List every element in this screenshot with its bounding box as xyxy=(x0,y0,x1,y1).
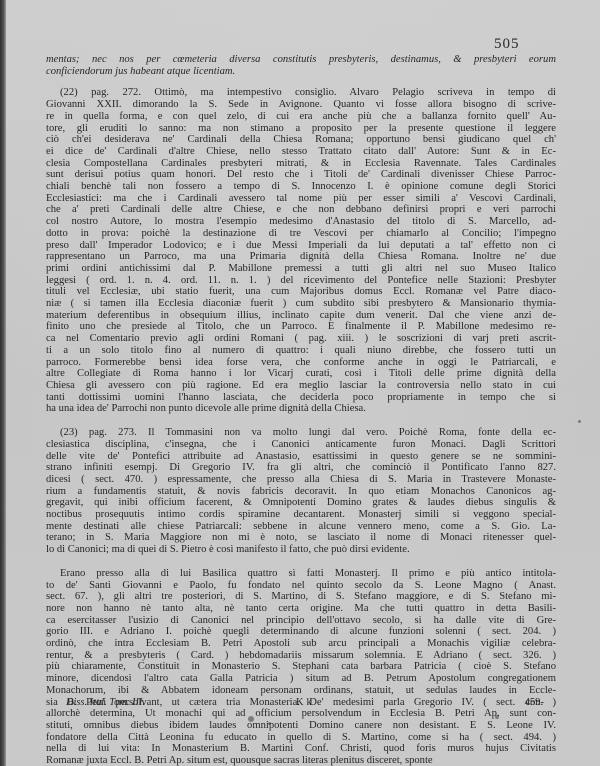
paragraph-monasteries: Erano presso alla di lui Basilica quattr… xyxy=(46,568,556,766)
text-line: Erano presso alla di lui Basilica quattr… xyxy=(46,568,556,580)
text-line: rium a fundamentis statuit, & novis fabr… xyxy=(46,486,556,498)
text-line: noctibus prosequutis intimo cordis spira… xyxy=(46,509,556,521)
text-line: delle vite de' Pontefici attribuite ad A… xyxy=(46,451,556,463)
text-line: ca esercitasser l'usizio di Canonici nel… xyxy=(46,615,556,627)
text-line: Ecclesiastici: ma che i Cardinali avesse… xyxy=(46,193,556,205)
text-line: clesiastica disciplina, c'insegna, che i… xyxy=(46,439,556,451)
text-line: stituti, omnibus diebus ibidem laudes om… xyxy=(46,720,556,732)
text-line: gregavit, qui inibi officium facerent, &… xyxy=(46,497,556,509)
text-line: nore non hanno nè tanto alta, nè tanto c… xyxy=(46,603,556,615)
text-line: mente destinati alle chiese Patriarcali:… xyxy=(46,521,556,533)
text-line: lo di Canonici; ma di quei di S. Pietro … xyxy=(46,544,556,556)
text-line: to de' Santi Giovanni e Paolo, fu fondat… xyxy=(46,580,556,592)
text-line: strano infiniti esempj. Di Gregorio IV. … xyxy=(46,462,556,474)
catchword: con- xyxy=(526,697,544,708)
text-line: sunt derisui potius quam honori. Del res… xyxy=(46,169,556,181)
text-line: primi ordini antichissimi dal P. Mabillo… xyxy=(46,263,556,275)
text-line: gorio III. e Adriano I. poichè quegli de… xyxy=(46,626,556,638)
text-line: fondatore della Città Leonina fu educato… xyxy=(46,732,556,744)
gathering-signature: Kk xyxy=(296,697,315,708)
text-line: re in quella forma, e con quel zelo, di … xyxy=(46,111,556,123)
text-line: nella di lui vita: In Monasterium B. Mar… xyxy=(46,743,556,755)
text-line: materium deferentibus in obsequium illiu… xyxy=(46,310,556,322)
volume-signature: Diss. Ital. Tom. III. xyxy=(66,697,145,708)
text-line: ei dice de' Cardinali d'altre Chiese, ne… xyxy=(46,146,556,158)
text-line: (22) pag. 272. Ottimò, ma intempestivo c… xyxy=(46,87,556,99)
text-line: conficiendorum jus habeant atque licenti… xyxy=(46,66,556,78)
page-footer: Diss. Ital. Tom. III. Kk con- xyxy=(46,697,556,711)
text-line: Romanæ juxta Eccl. B. Petri Ap. situm es… xyxy=(46,755,556,766)
text-line: dotto in prova: poichè la destinazione d… xyxy=(46,228,556,240)
text-line: tore, gli eruditi lo sanno: ma non stima… xyxy=(46,123,556,135)
text-line: preso dall' Imperador Lodovico; e i due … xyxy=(46,240,556,252)
footnote-22: (22) pag. 272. Ottimò, ma intempestivo c… xyxy=(46,87,556,415)
text-line: rappresentano un Parroco, ma una Primari… xyxy=(46,251,556,263)
text-line: tanti dottissimi uomini l'hanno lasciata… xyxy=(46,392,556,404)
text-line: minore, dicendosi l'altro cata Galla Pat… xyxy=(46,673,556,685)
text-line: chiali benchè tali non fossero a tempo d… xyxy=(46,181,556,193)
footnote-23: (23) pag. 273. Il Tommasini non va molto… xyxy=(46,427,556,556)
text-line: clesia Compostellana Cardinales presbyte… xyxy=(46,158,556,170)
text-line: Chiesa gli avessero con più ragione. Ed … xyxy=(46,380,556,392)
page-body: mentas; nec nos per cœmeteria diversa co… xyxy=(46,54,556,766)
text-line: Giovanni XXII. dimorando la S. Sede in A… xyxy=(46,99,556,111)
page-number: 505 xyxy=(494,36,520,53)
text-line: finito uno che presiede al Titolo, che u… xyxy=(46,321,556,333)
text-line: più chiaramente, Constituit in Monasteri… xyxy=(46,661,556,673)
text-line: ca nel Comentario previo agli ordini Rom… xyxy=(46,333,556,345)
text-line: ha una idea de' Parrochi non punto dicev… xyxy=(46,403,556,415)
continuation-paragraph: mentas; nec nos per cœmeteria diversa co… xyxy=(46,54,556,77)
text-line: sect. 67. ), gli altri tre posteriori, d… xyxy=(46,591,556,603)
text-line: tituli vel Ecclesiæ, ubi statio fuerit, … xyxy=(46,286,556,298)
text-line: ordinò, che intra Ecclesiam B. Petri Apo… xyxy=(46,638,556,650)
text-line: dicesi ( sect. 470. ) espressamente, che… xyxy=(46,474,556,486)
text-line: terano; in S. Maria Maggiore non mi è no… xyxy=(46,532,556,544)
text-line: mentas; nec nos per cœmeteria diversa co… xyxy=(46,54,556,66)
text-line: parroco. Formerebbe bensì idea forse ver… xyxy=(46,357,556,369)
text-line: altre Collegiate di Roma hanno i lor Vic… xyxy=(46,368,556,380)
text-line: ti a un solo titolo fino al numero di qu… xyxy=(46,345,556,357)
text-line: col nostro Autore, lo mostra l'esempio m… xyxy=(46,216,556,228)
text-line: Monachorum, ibi & Abbatem idoneam person… xyxy=(46,685,556,697)
text-line: ciò ch'ei desiderava ne' Cardinali della… xyxy=(46,134,556,146)
text-line: che a' preti Cardinali delle altre Chies… xyxy=(46,204,556,216)
text-line: (23) pag. 273. Il Tommasini non va molto… xyxy=(46,427,556,439)
text-line: rentur, & a presbyteris ( Card. ) hebdom… xyxy=(46,650,556,662)
text-line: niæ ( si tamen illa Ecclesia diaconiæ fu… xyxy=(46,298,556,310)
ink-spot xyxy=(578,420,581,423)
text-line: leggesi ( ord. 1. n. 4. ord. 11. n. 1. )… xyxy=(46,275,556,287)
